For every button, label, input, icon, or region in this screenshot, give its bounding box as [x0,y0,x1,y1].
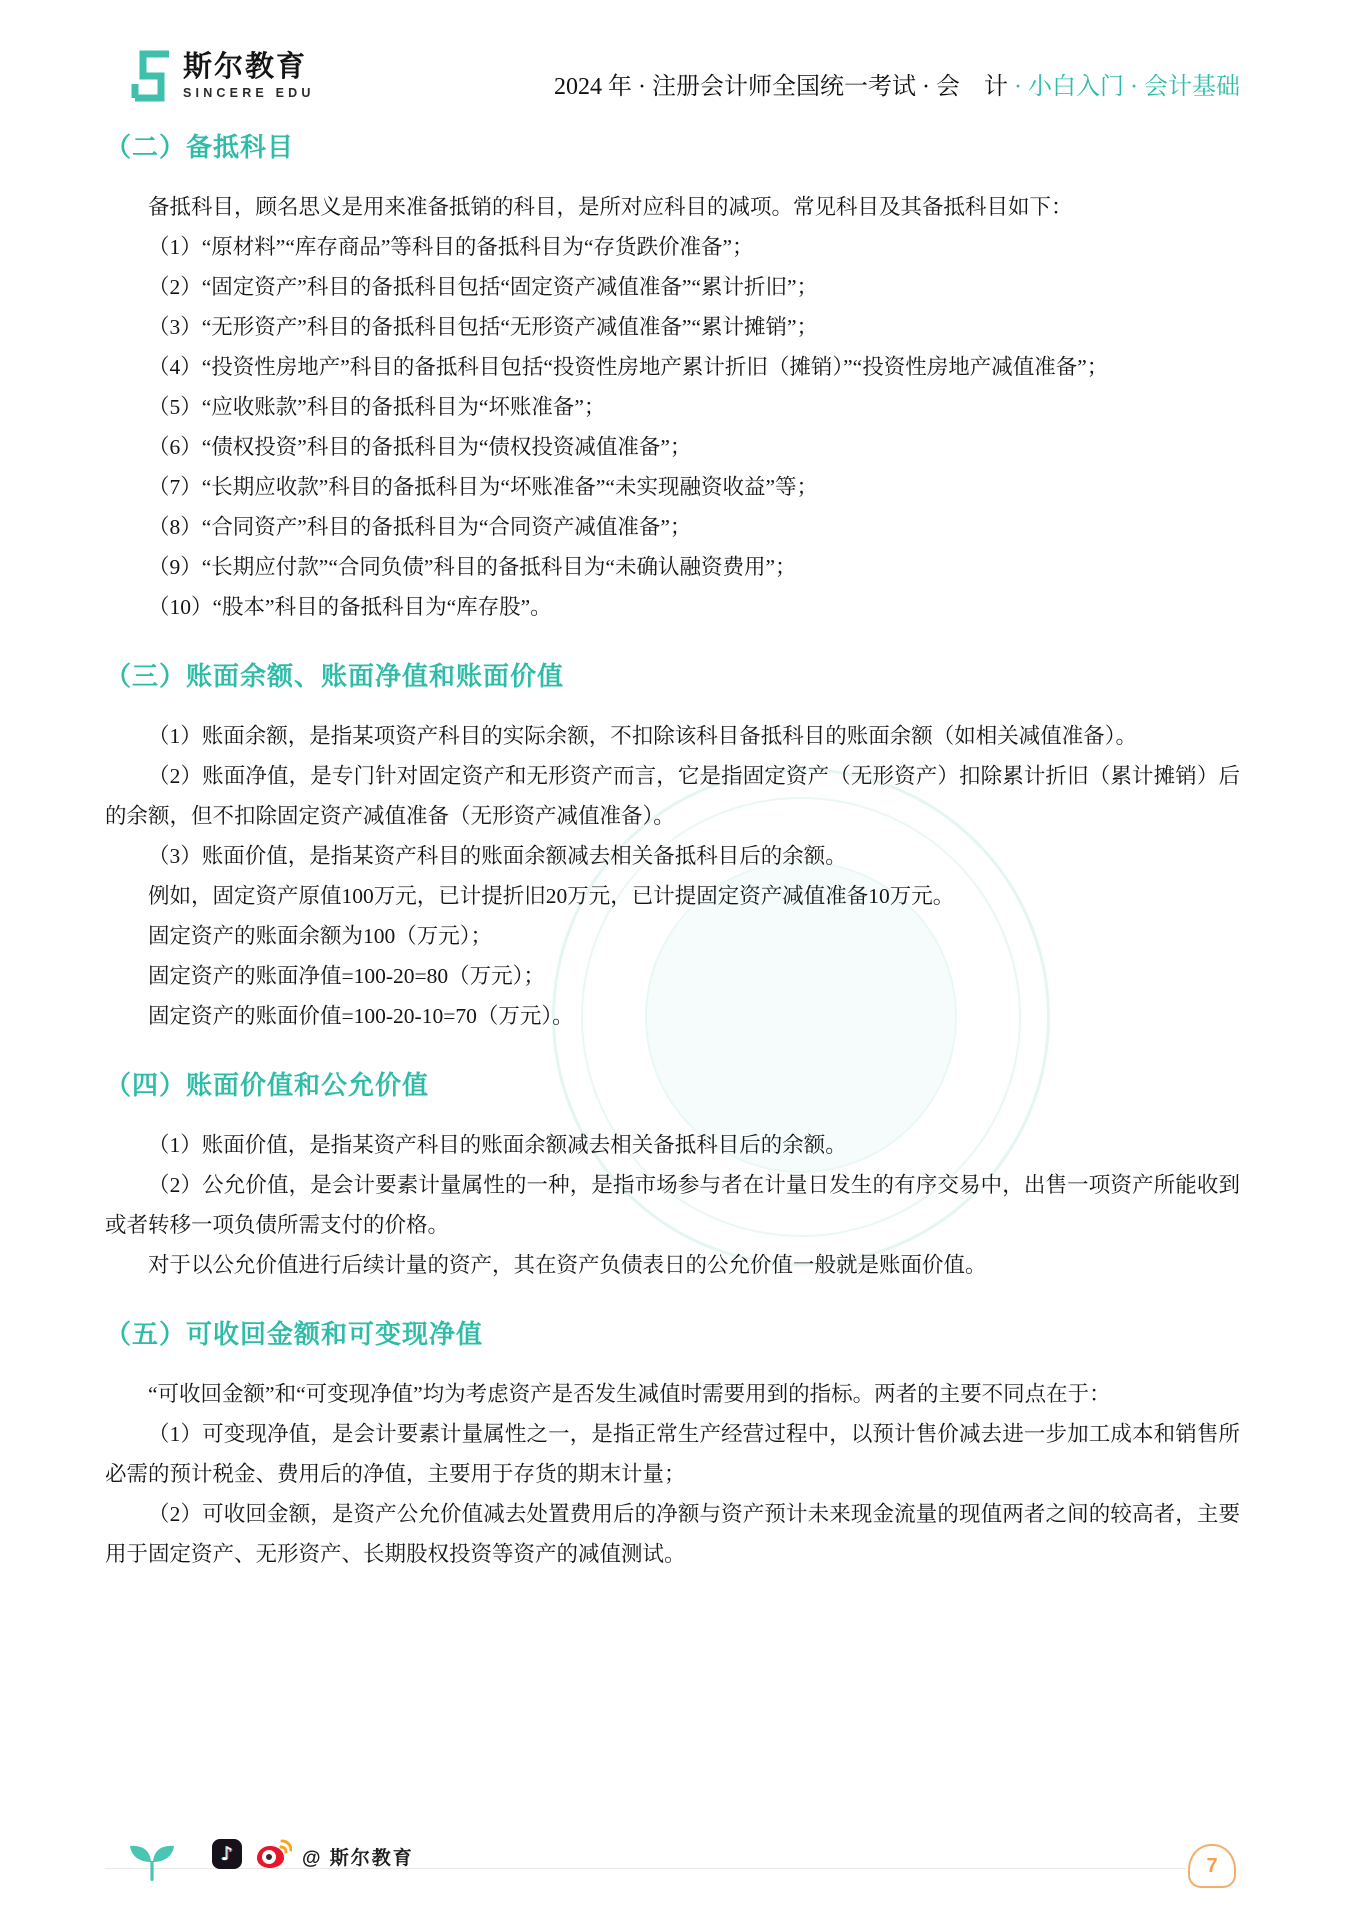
section-2: （三）账面余额、账面净值和账面价值（1）账面余额，是指某项资产科目的实际余额，不… [105,657,1240,1036]
sprout-icon [127,1836,177,1884]
paragraph: （2）可收回金额，是资产公允价值减去处置费用后的净额与资产预计未来现金流量的现值… [105,1494,1240,1574]
header-title-main: 2024 年 · 注册会计师全国统一考试 · 会 计 [554,74,1008,100]
paragraph: （5）“应收账款”科目的备抵科目为“坏账准备”； [105,387,1240,427]
header-title-sub: · 小白入门 · 会计基础 [1008,74,1240,100]
section-4: （五）可收回金额和可变现净值“可收回金额”和“可变现净值”均为考虑资产是否发生减… [105,1315,1240,1574]
brand-name-en: SINCERE EDU [183,86,315,100]
paragraph: 对于以公允价值进行后续计量的资产，其在资产负债表日的公允价值一般就是账面价值。 [105,1245,1240,1285]
paragraph: 固定资产的账面价值=100-20-10=70（万元）。 [105,996,1240,1036]
header-title: 2024 年 · 注册会计师全国统一考试 · 会 计 · 小白入门 · 会计基础 [554,66,1240,101]
paragraph: （2）账面净值，是专门针对固定资产和无形资产而言，它是指固定资产（无形资产）扣除… [105,756,1240,836]
paragraph: （1）“原材料”“库存商品”等科目的备抵科目为“存货跌价准备”； [105,227,1240,267]
paragraph: （1）账面余额，是指某项资产科目的实际余额，不扣除该科目备抵科目的账面余额（如相… [105,716,1240,756]
page-number-badge: 7 [1188,1844,1236,1888]
section-1: （二）备抵科目备抵科目，顾名思义是用来准备抵销的科目，是所对应科目的减项。常见科… [105,128,1240,627]
paragraph: （1）账面价值，是指某资产科目的账面余额减去相关备抵科目后的余额。 [105,1125,1240,1165]
document-content: （二）备抵科目备抵科目，顾名思义是用来准备抵销的科目，是所对应科目的减项。常见科… [105,104,1240,1574]
paragraph: （6）“债权投资”科目的备抵科目为“债权投资减值准备”； [105,427,1240,467]
social-handle: @ 斯尔教育 [302,1843,414,1870]
section-heading: （三）账面余额、账面净值和账面价值 [105,657,1240,695]
paragraph: （3）账面价值，是指某资产科目的账面余额减去相关备抵科目后的余额。 [105,836,1240,876]
brand-name-cn: 斯尔教育 [183,52,315,82]
page-number: 7 [1206,1855,1217,1878]
paragraph: “可收回金额”和“可变现净值”均为考虑资产是否发生减值时需要用到的指标。两者的主… [105,1374,1240,1414]
paragraph: （2）“固定资产”科目的备抵科目包括“固定资产减值准备”“累计折旧”； [105,267,1240,307]
paragraph: （8）“合同资产”科目的备抵科目为“合同资产减值准备”； [105,507,1240,547]
paragraph: （9）“长期应付款”“合同负债”科目的备抵科目为“未确认融资费用”； [105,547,1240,587]
section-heading: （四）账面价值和公允价值 [105,1066,1240,1104]
paragraph: 例如，固定资产原值100万元，已计提折旧20万元，已计提固定资产减值准备10万元… [105,876,1240,916]
section-heading: （五）可收回金额和可变现净值 [105,1315,1240,1353]
paragraph: 备抵科目，顾名思义是用来准备抵销的科目，是所对应科目的减项。常见科目及其备抵科目… [105,187,1240,227]
section-heading: （二）备抵科目 [105,128,1240,166]
page: 斯尔教育 SINCERE EDU 2024 年 · 注册会计师全国统一考试 · … [0,0,1366,1931]
brand-text: 斯尔教育 SINCERE EDU [183,52,315,100]
paragraph: （10）“股本”科目的备抵科目为“库存股”。 [105,587,1240,627]
music-note-glyph: ♪ [221,1843,233,1865]
brand-logo: 斯尔教育 SINCERE EDU [130,50,315,102]
paragraph: 固定资产的账面余额为100（万元）； [105,916,1240,956]
paragraph: （3）“无形资产”科目的备抵科目包括“无形资产减值准备”“累计摊销”； [105,307,1240,347]
brand-s-icon [130,50,172,102]
paragraph: （4）“投资性房地产”科目的备抵科目包括“投资性房地产累计折旧（摊销）”“投资性… [105,347,1240,387]
section-3: （四）账面价值和公允价值（1）账面价值，是指某资产科目的账面余额减去相关备抵科目… [105,1066,1240,1285]
paragraph: （2）公允价值，是会计要素计量属性的一种，是指市场参与者在计量日发生的有序交易中… [105,1165,1240,1245]
douyin-icon: ♪ [212,1839,242,1869]
paragraph: （7）“长期应收款”科目的备抵科目为“坏账准备”“未实现融资收益”等； [105,467,1240,507]
paragraph: 固定资产的账面净值=100-20=80（万元）； [105,956,1240,996]
paragraph: （1）可变现净值，是会计要素计量属性之一，是指正常生产经营过程中，以预计售价减去… [105,1414,1240,1494]
weibo-icon [256,1838,292,1870]
